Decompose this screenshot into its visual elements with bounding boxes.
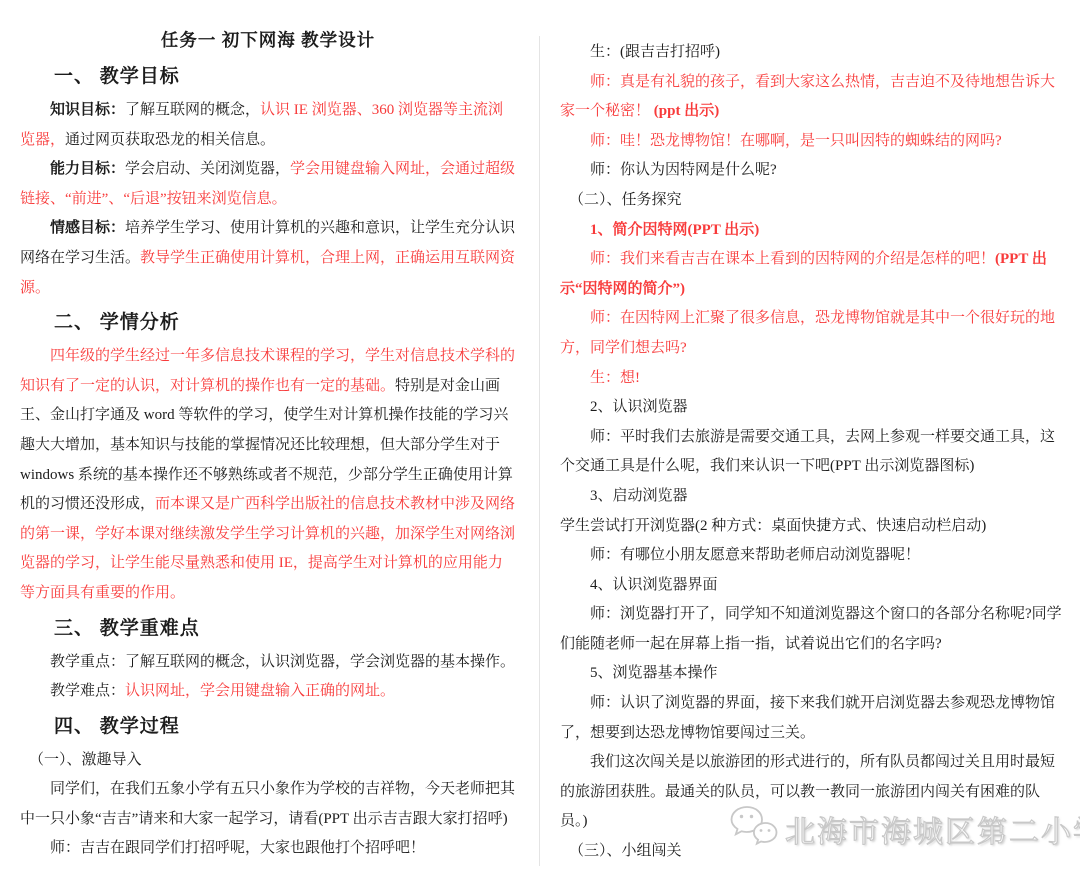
ability-goal: 能力目标：学会启动、关闭浏览器，学会用键盘输入网址，会通过超级链接、“前进”、“…	[20, 155, 516, 214]
teacher-line: 师：你认为因特网是什么呢?	[560, 156, 1062, 186]
section-heading-2: 二、 学情分析	[20, 306, 516, 339]
text-run: 通过网页获取恐龙的相关信息。	[65, 132, 275, 148]
subsection-3: （三）、小组闯关	[560, 837, 1062, 867]
left-column: 任务一 初下网海 教学设计一、 教学目标知识目标：了解互联网的概念，认识 IE …	[20, 0, 516, 880]
teacher-line: 师：我们来看吉吉在课本上看到的因特网的介绍是怎样的吧！(PPT 出示“因特网的简…	[560, 245, 1062, 304]
text-run: 师：有哪位小朋友愿意来帮助老师启动浏览器呢！	[590, 547, 920, 563]
text-run: 师：浏览器打开了，同学知不知道浏览器这个窗口的各部分名称呢?同学们能随老师一起在…	[560, 606, 1062, 652]
doc-title: 任务一 初下网海 教学设计	[20, 25, 516, 55]
emotion-goal: 情感目标：培养学生学习、使用计算机的兴趣和意识，让学生充分认识网络在学习生活。教…	[20, 214, 516, 303]
text-run: 师：吉吉在跟同学们打招呼呢，大家也跟他打个招呼吧！	[50, 840, 425, 856]
step-3: 3、启动浏览器	[560, 482, 1062, 512]
text-run: 师：真是有礼貌的孩子，看到大家这么热情，吉吉迫不及待地想告诉大家一个秘密！	[560, 74, 1055, 120]
teacher-line: 师：哇！恐龙博物馆！在哪啊，是一只叫因特的蜘蛛结的网吗?	[560, 127, 1062, 157]
student-line: 生：(跟吉吉打招呼)	[560, 38, 1062, 68]
teacher-line: 师：浏览器打开了，同学知不知道浏览器这个窗口的各部分名称呢?同学们能随老师一起在…	[560, 600, 1062, 659]
text-run: 师：你认为因特网是什么呢?	[590, 162, 777, 178]
text-run: 了解互联网的概念，	[125, 102, 260, 118]
text-run: 1、简介因特网(PPT 出示)	[590, 222, 759, 238]
right-column: 生：(跟吉吉打招呼)师：真是有礼貌的孩子，看到大家这么热情，吉吉迫不及待地想告诉…	[560, 0, 1062, 880]
section-heading-4: 四、 教学过程	[20, 710, 516, 743]
teacher-line: 师：吉吉在跟同学们打招呼呢，大家也跟他打个招呼吧！	[20, 834, 516, 864]
text-run: 4、认识浏览器界面	[590, 577, 718, 593]
text-run: 一、 教学目标	[54, 66, 180, 87]
section-heading-3: 三、 教学重难点	[20, 612, 516, 645]
text-run: 同学们，在我们五象小学有五只小象作为学校的吉祥物，今天老师把其中一只小象“吉吉”…	[20, 781, 515, 827]
step-1: 1、简介因特网(PPT 出示)	[560, 216, 1062, 246]
text-run: 师：我们来看吉吉在课本上看到的因特网的介绍是怎样的吧！	[590, 251, 995, 267]
teacher-line: 师：在因特网上汇聚了很多信息，恐龙博物馆就是其中一个很好玩的地方，同学们想去吗?	[560, 304, 1062, 363]
text-run: 5、浏览器基本操作	[590, 665, 718, 681]
game-rules: 我们这次闯关是以旅游团的形式进行的，所有队员都闯过关且用时最短的旅游团获胜。最通…	[560, 748, 1062, 837]
text-run: 生：(跟吉吉打招呼)	[590, 44, 720, 60]
text-run: 师：平时我们去旅游是需要交通工具，去网上参观一样要交通工具，这个交通工具是什么呢…	[560, 429, 1055, 475]
text-run: （二）、任务探究	[569, 192, 682, 208]
step-5: 5、浏览器基本操作	[560, 659, 1062, 689]
text-run: 我们这次闯关是以旅游团的形式进行的，所有队员都闯过关且用时最短的旅游团获胜。最通…	[560, 754, 1055, 829]
text-run: 师：认识了浏览器的界面，接下来我们就开启浏览器去参观恐龙博物馆了，想要到达恐龙博…	[560, 695, 1055, 741]
student-activity: 学生尝试打开浏览器(2 种方式：桌面快捷方式、快速启动栏启动)	[560, 512, 1062, 542]
teaching-key-point: 教学重点：了解互联网的概念，认识浏览器，学会浏览器的基本操作。	[20, 648, 516, 678]
teacher-line: 师：有哪位小朋友愿意来帮助老师启动浏览器呢！	[560, 541, 1062, 571]
text-run: 四、 教学过程	[54, 716, 180, 737]
teacher-line: 师：平时我们去旅游是需要交通工具，去网上参观一样要交通工具，这个交通工具是什么呢…	[560, 423, 1062, 482]
student-line: 生：想!	[560, 364, 1062, 394]
text-run: 师：在因特网上汇聚了很多信息，恐龙博物馆就是其中一个很好玩的地方，同学们想去吗?	[560, 310, 1055, 356]
intro-paragraph: 同学们，在我们五象小学有五只小象作为学校的吉祥物，今天老师把其中一只小象“吉吉”…	[20, 775, 516, 834]
text-run: 情感目标：	[50, 220, 125, 236]
step-4: 4、认识浏览器界面	[560, 571, 1062, 601]
text-run: 教学重点：了解互联网的概念，认识浏览器，学会浏览器的基本操作。	[50, 654, 515, 670]
text-run: 师：哇！恐龙博物馆！在哪啊，是一只叫因特的蜘蛛结的网吗?	[590, 133, 1002, 149]
text-run: 认识网址，学会用键盘输入正确的网址。	[125, 683, 395, 699]
text-run: 二、 学情分析	[54, 312, 180, 333]
text-run: （三）、小组闯关	[569, 843, 682, 859]
text-run: 能力目标：	[50, 161, 125, 177]
text-run: 生：想!	[590, 370, 640, 386]
column-divider	[539, 36, 540, 866]
text-run: (ppt 出示)	[654, 103, 719, 119]
subsection-1: （一）、激趣导入	[20, 746, 516, 776]
text-run: 学生尝试打开浏览器(2 种方式：桌面快捷方式、快速启动栏启动)	[560, 518, 986, 534]
step-2: 2、认识浏览器	[560, 393, 1062, 423]
text-run: 教学难点：	[50, 683, 125, 699]
teacher-line: 师：真是有礼貌的孩子，看到大家这么热情，吉吉迫不及待地想告诉大家一个秘密！ (p…	[560, 68, 1062, 127]
text-run: 特别是对金山画王、金山打字通及 word 等软件的学习，使学生对计算机操作技能的…	[20, 378, 513, 512]
section-heading-1: 一、 教学目标	[20, 60, 516, 93]
text-run: 学会启动、关闭浏览器，	[125, 161, 290, 177]
text-run: 3、启动浏览器	[590, 488, 688, 504]
text-run: 知识目标：	[50, 102, 125, 118]
text-run: 三、 教学重难点	[54, 618, 200, 639]
text-run: 2、认识浏览器	[590, 399, 688, 415]
text-run: 任务一 初下网海 教学设计	[161, 30, 375, 50]
teacher-line: 师：认识了浏览器的界面，接下来我们就开启浏览器去参观恐龙博物馆了，想要到达恐龙博…	[560, 689, 1062, 748]
text-run: （一）、激趣导入	[29, 752, 142, 768]
knowledge-goal: 知识目标：了解互联网的概念，认识 IE 浏览器、360 浏览器等主流浏览器，通过…	[20, 96, 516, 155]
subsection-2: （二）、任务探究	[560, 186, 1062, 216]
teaching-difficult-point: 教学难点：认识网址，学会用键盘输入正确的网址。	[20, 677, 516, 707]
learner-analysis: 四年级的学生经过一年多信息技术课程的学习，学生对信息技术学科的知识有了一定的认识…	[20, 342, 516, 608]
